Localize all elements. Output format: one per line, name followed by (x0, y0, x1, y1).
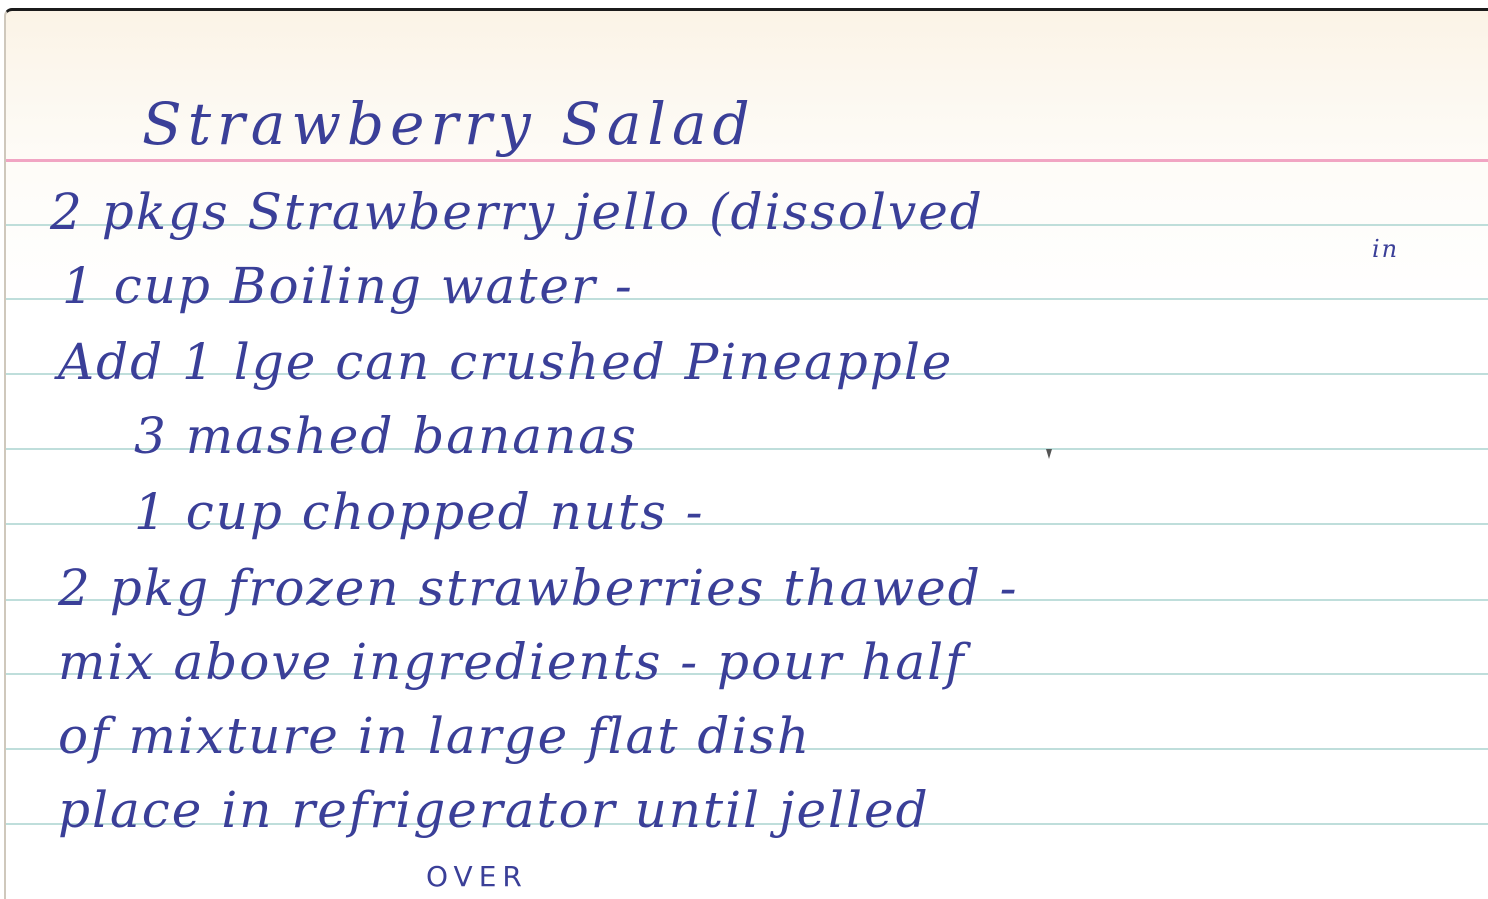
header-red-rule (6, 159, 1488, 162)
recipe-line: of mixture in large flat dish (58, 711, 811, 761)
recipe-line: 2 pkg frozen strawberries thawed - (58, 563, 1019, 613)
recipe-line: 1 cup chopped nuts - (134, 487, 705, 537)
recipe-line-insert: in (1372, 237, 1399, 261)
recipe-card: Strawberry Salad 2 pkgs Strawberry jello… (4, 8, 1488, 896)
recipe-line: place in refrigerator until jelled (58, 785, 930, 835)
over-note: OVER (426, 863, 528, 891)
recipe-title: Strawberry Salad (142, 95, 756, 153)
recipe-line: 3 mashed bananas (134, 411, 638, 461)
recipe-line: 2 pkgs Strawberry jello (dissolved (50, 187, 984, 237)
recipe-line: 1 cup Boiling water - (62, 261, 634, 311)
ink-speck (1046, 449, 1052, 459)
recipe-line: Add 1 lge can crushed Pineapple (58, 337, 953, 387)
recipe-line: mix above ingredients - pour half (58, 637, 966, 687)
